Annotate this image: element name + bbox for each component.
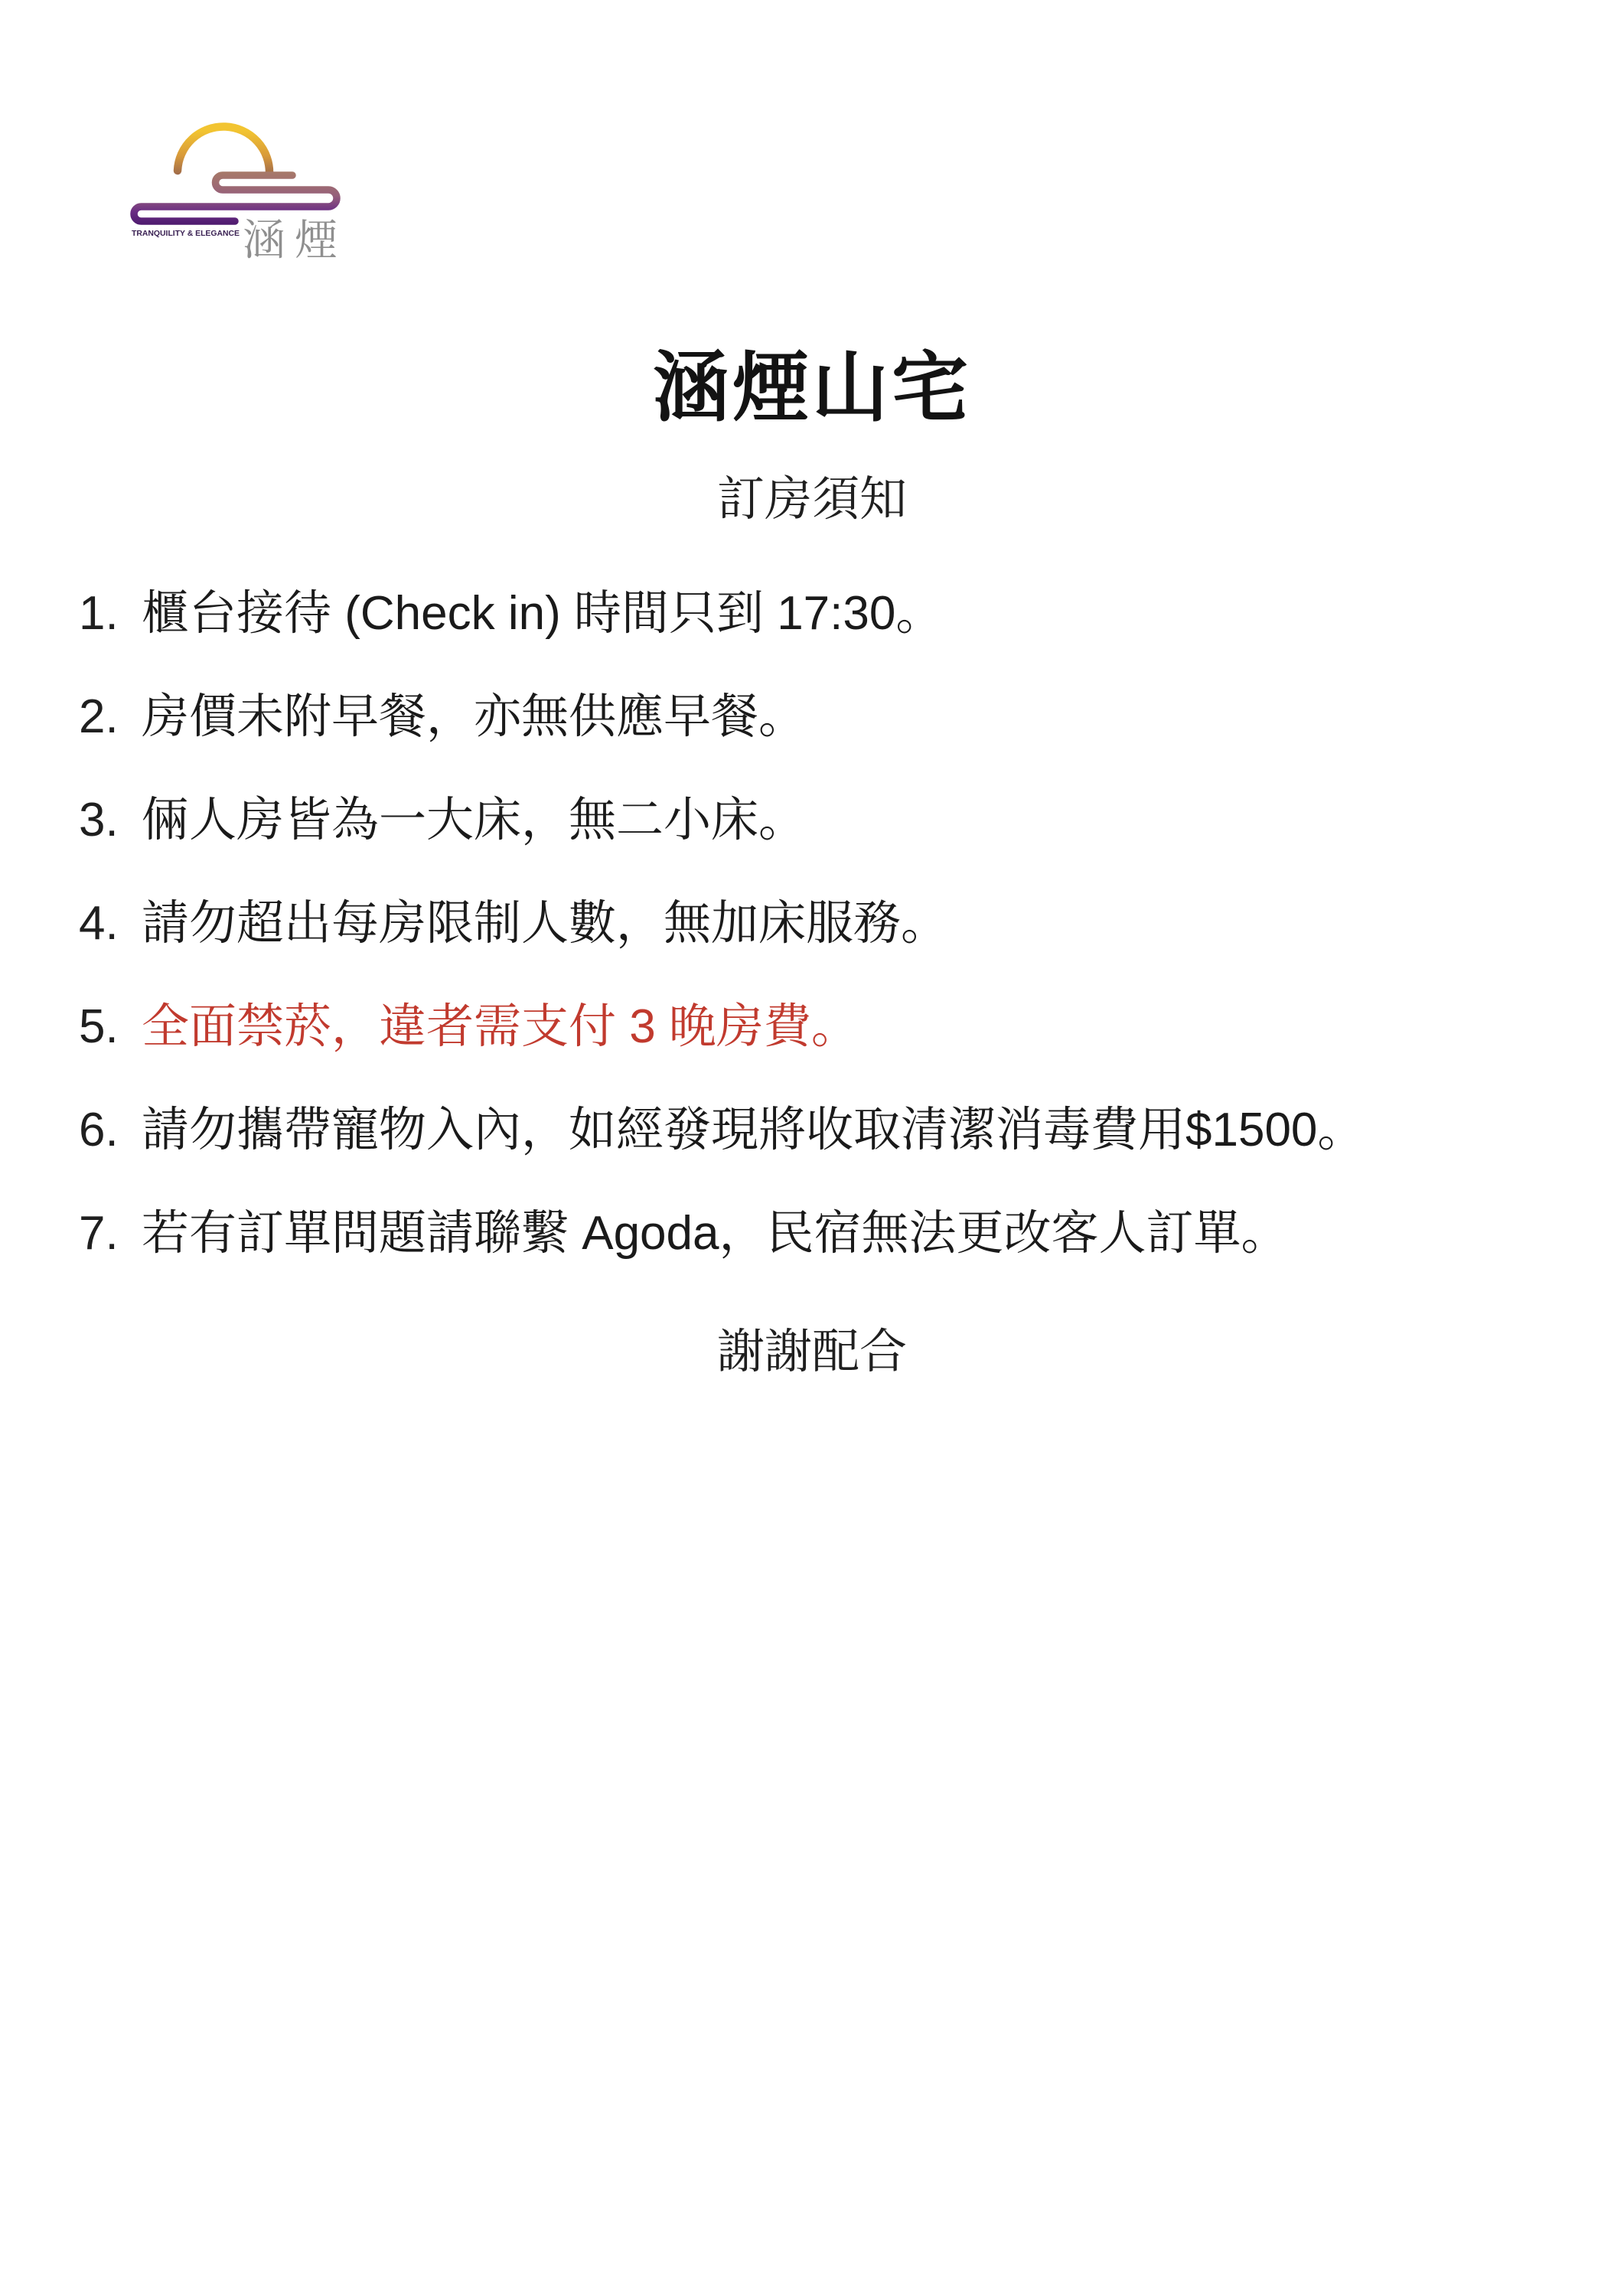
list-item-number: 5.: [79, 998, 142, 1056]
closing-text: 謝謝配合: [0, 1313, 1624, 1381]
list-item: 1. 櫃台接待 (Check in) 時間只到 17:30。: [79, 585, 1555, 643]
smoke-swirl-icon: [134, 175, 337, 221]
notice-list: 1. 櫃台接待 (Check in) 時間只到 17:30。 2. 房價未附早餐…: [79, 585, 1555, 1263]
list-item-number: 2.: [79, 688, 142, 746]
list-item-number: 6.: [79, 1101, 142, 1159]
list-item-number: 4.: [79, 895, 142, 953]
list-item-text: 請勿超出每房限制人數，無加床服務。: [142, 895, 1555, 953]
sun-arc-icon: [178, 126, 269, 174]
list-item-text: 倆人房皆為一大床，無二小床。: [142, 791, 1555, 850]
list-item-text: 請勿攜帶寵物入內，如經發現將收取清潔消毒費用$1500。: [142, 1101, 1555, 1159]
list-item-text: 全面禁菸，違者需支付 3 晚房費。: [142, 998, 1555, 1056]
page-subtitle: 訂房須知: [0, 476, 1624, 523]
list-item: 2. 房價未附早餐，亦無供應早餐。: [79, 688, 1555, 746]
list-item: 3. 倆人房皆為一大床，無二小床。: [79, 791, 1555, 850]
list-item: 5. 全面禁菸，違者需支付 3 晚房費。: [79, 998, 1555, 1056]
list-item-text: 若有訂單問題請聯繫 Agoda，民宿無法更改客人訂單。: [142, 1205, 1555, 1263]
list-item: 6. 請勿攜帶寵物入內，如經發現將收取清潔消毒費用$1500。: [79, 1101, 1555, 1159]
logo: TRANQUILITY & ELEGANCE 涵煙: [126, 121, 383, 270]
list-item-number: 3.: [79, 791, 142, 850]
list-item: 7. 若有訂單問題請聯繫 Agoda，民宿無法更改客人訂單。: [79, 1205, 1555, 1263]
list-item-number: 1.: [79, 585, 142, 643]
logo-tagline: TRANQUILITY & ELEGANCE: [132, 230, 240, 238]
list-item: 4. 請勿超出每房限制人數，無加床服務。: [79, 895, 1555, 953]
list-item-number: 7.: [79, 1205, 142, 1263]
logo-wordmark: 涵煙: [243, 216, 347, 264]
list-item-text: 櫃台接待 (Check in) 時間只到 17:30。: [142, 585, 1555, 643]
list-item-text: 房價未附早餐，亦無供應早餐。: [142, 688, 1555, 746]
